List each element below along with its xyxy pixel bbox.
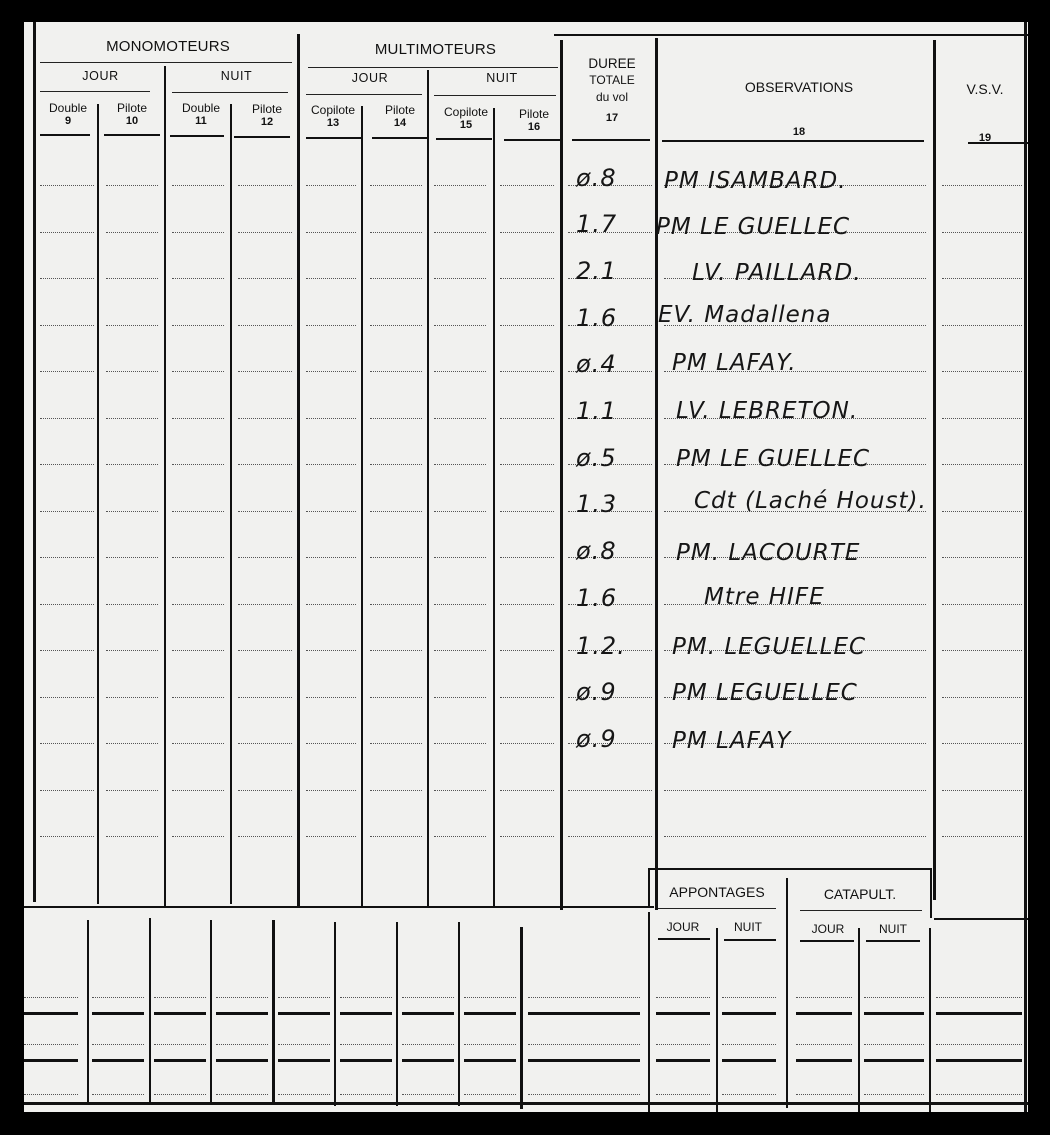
obs-row-10: Mtre HIFE [704, 584, 825, 610]
obs-row-13: PM LAFAY [672, 728, 791, 754]
obs-row-9: PM. LACOURTE [676, 540, 860, 566]
col-15: Copilote15 [432, 106, 500, 132]
duree-row-5: ø.4 [576, 350, 617, 378]
duree-row-7: ø.5 [576, 444, 617, 472]
header-mono-nuit: NUIT [174, 69, 299, 83]
col-9: Double9 [38, 102, 98, 128]
obs-row-2: PM LE GUELLEC [656, 214, 850, 240]
obs-row-5: PM LAFAY. [672, 350, 797, 376]
header-multi-jour: JOUR [306, 71, 434, 85]
col-14: Pilote14 [368, 104, 432, 130]
header-cat-nuit: NUIT [864, 922, 922, 936]
header-appontages: APPONTAGES [652, 884, 782, 900]
col-19-vsv: V.S.V. [940, 81, 1028, 97]
duree-row-9: ø.8 [576, 537, 617, 565]
obs-row-1: PM ISAMBARD. [664, 168, 847, 194]
col-18-number: 18 [664, 126, 934, 138]
duree-row-4: 1.6 [576, 304, 617, 332]
col-18-observations: OBSERVATIONS [664, 79, 934, 95]
col-12: Pilote12 [234, 103, 300, 129]
duree-row-2: 1.7 [576, 210, 617, 238]
obs-row-4: EV. Madallena [658, 302, 831, 328]
header-multimoteurs: MULTIMOTEURS [308, 41, 563, 58]
obs-row-7: PM LE GUELLEC [676, 446, 870, 472]
obs-row-3: LV. PAILLARD. [692, 260, 861, 286]
obs-row-6: LV. LEBRETON. [676, 398, 858, 424]
duree-row-8: 1.3 [576, 490, 617, 518]
col-17-duree: DUREE TOTALE du vol 17 [572, 55, 652, 127]
header-monomoteurs: MONOMOTEURS [38, 38, 298, 55]
logbook-page: MONOMOTEURS MULTIMOTEURS JOUR NUIT JOUR … [24, 22, 1028, 1112]
col-16: Pilote16 [502, 108, 566, 134]
header-multi-nuit: NUIT [438, 71, 566, 85]
duree-row-6: 1.1 [576, 397, 617, 425]
duree-row-12: ø.9 [576, 678, 617, 706]
duree-row-10: 1.6 [576, 584, 617, 612]
col-10: Pilote10 [101, 102, 163, 128]
col-13: Copilote13 [300, 104, 366, 130]
header-catapult: CATAPULT. [792, 886, 928, 902]
obs-row-11: PM. LEGUELLEC [672, 634, 866, 660]
duree-row-11: 1.2. [576, 632, 626, 660]
obs-row-8: Cdt (Laché Houst). [694, 488, 927, 514]
header-app-nuit: NUIT [720, 920, 776, 934]
col-11: Double11 [170, 102, 232, 128]
duree-row-13: ø.9 [576, 725, 617, 753]
header-mono-jour: JOUR [38, 69, 163, 83]
header-app-jour: JOUR [656, 920, 710, 934]
duree-row-3: 2.1 [576, 257, 617, 285]
obs-row-12: PM LEGUELLEC [672, 680, 858, 706]
header-cat-jour: JOUR [800, 922, 856, 936]
duree-row-1: ø.8 [576, 164, 617, 192]
